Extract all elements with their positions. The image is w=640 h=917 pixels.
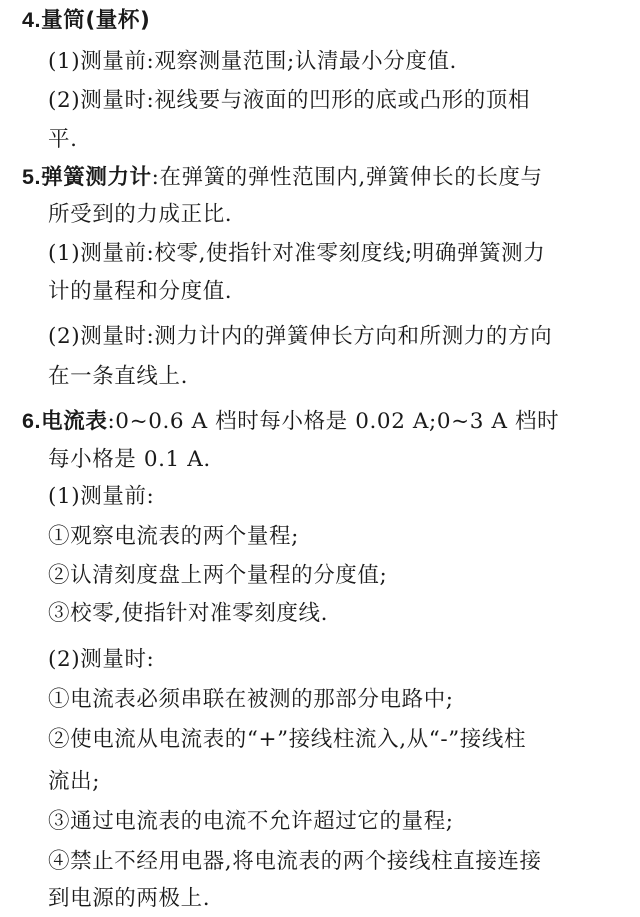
section-4-heading: 4.量筒(量杯)	[22, 5, 630, 35]
section-5-line: (1)测量前:校零,使指针对准零刻度线;明确弹簧测力	[48, 239, 630, 269]
section-4-line: 平.	[48, 125, 630, 155]
section-6-line: (1)测量前:	[48, 482, 630, 512]
section-title: 弹簧测力计	[41, 165, 152, 190]
section-title: 电流表	[41, 409, 107, 434]
section-number: 5.	[22, 165, 41, 189]
section-5-line: (2)测量时:测力计内的弹簧伸长方向和所测力的方向	[48, 322, 630, 352]
section-5-line: 所受到的力成正比.	[48, 200, 630, 230]
section-6-line: ③通过电流表的电流不允许超过它的量程;	[48, 807, 630, 837]
section-title-rest: :在弹簧的弹性范围内,弹簧伸长的长度与	[152, 165, 543, 190]
section-6-line: ④禁止不经用电器,将电流表的两个接线柱直接连接	[48, 847, 630, 877]
section-6-heading: 6.电流表:0~0.6 A 档时每小格是 0.02 A;0~3 A 档时	[22, 406, 630, 436]
section-5-heading: 5.弹簧测力计:在弹簧的弹性范围内,弹簧伸长的长度与	[22, 162, 630, 192]
section-6-line: (2)测量时:	[48, 645, 630, 675]
section-6-line: ①电流表必须串联在被测的那部分电路中;	[48, 685, 630, 715]
section-6-line: ①观察电流表的两个量程;	[48, 522, 630, 552]
section-6-line: 到电源的两极上.	[48, 884, 630, 914]
section-number: 4.	[22, 8, 41, 32]
section-4-line: (2)测量时:视线要与液面的凹形的底或凸形的顶相	[48, 86, 630, 116]
section-5-line: 计的量程和分度值.	[48, 277, 630, 307]
section-5-line: 在一条直线上.	[48, 362, 630, 392]
section-title: 量筒(量杯)	[41, 8, 150, 33]
section-6-line: ②使电流从电流表的“+”接线柱流入,从“-”接线柱	[48, 725, 630, 755]
section-6-line: 每小格是 0.1 A.	[48, 445, 630, 475]
section-6-line: ②认清刻度盘上两个量程的分度值;	[48, 561, 630, 591]
section-6-line: 流出;	[48, 767, 630, 797]
section-4-line: (1)测量前:观察测量范围;认清最小分度值.	[48, 47, 630, 77]
section-title-rest: :0~0.6 A 档时每小格是 0.02 A;0~3 A 档时	[107, 409, 559, 434]
section-6-line: ③校零,使指针对准零刻度线.	[48, 599, 630, 629]
section-number: 6.	[22, 409, 41, 433]
